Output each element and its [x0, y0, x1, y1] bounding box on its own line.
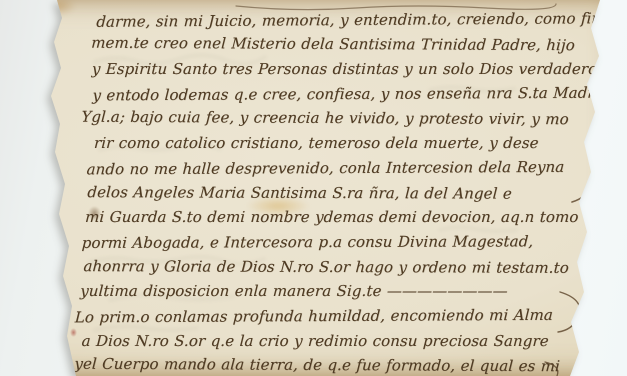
manuscript-page: to darme, sin mi Juicio, memoria, y ente… [0, 0, 627, 376]
ink-spot [26, 60, 37, 75]
corner-stain [42, 0, 76, 16]
manuscript-line: ahonrra y Gloria de Dios N.ro S.or hago … [83, 254, 589, 280]
manuscript-text: to darme, sin mi Juicio, memoria, y ente… [78, 0, 604, 376]
manuscript-line: ando no me halle desprevenido, conla Int… [86, 154, 594, 181]
manuscript-line: yel Cuerpo mando ala tierra, de q.e fue … [74, 352, 584, 376]
manuscript-line: mi Guarda S.to demi nombre ydemas demi d… [84, 205, 591, 230]
edge-stain [16, 32, 46, 96]
manuscript-line: mem.te creo enel Misterio dela Santisima… [90, 31, 600, 58]
manuscript-line: darme, sin mi Juicio, memoria, y entendi… [96, 6, 602, 34]
manuscript-line: pormi Abogada, e Intercesora p.a consu D… [81, 229, 590, 255]
edge-stain [20, 118, 40, 152]
manuscript-line: delos Angeles Maria Santisima S.ra ñra, … [87, 180, 593, 206]
manuscript-line: yultima disposicion enla manera Sig.te —… [80, 279, 588, 304]
manuscript-line: Lo prim.o conlamas profunda humildad, en… [74, 303, 586, 330]
paper-shadow-wrap: to darme, sin mi Juicio, memoria, y ente… [0, 0, 627, 376]
manuscript-line: y Espiritu Santo tres Personas distintas… [91, 57, 599, 82]
manuscript-line: rir como catolico cristiano, temeroso de… [93, 131, 595, 156]
manuscript-line: Ygl.a; bajo cuia fee, y creencia he vivi… [81, 105, 597, 132]
manuscript-line: y entodo lodemas q.e cree, confiesa, y n… [92, 80, 598, 107]
manuscript-line: a Dios N.ro S.or q.e la crio y redimio c… [81, 329, 585, 354]
document-photo: to darme, sin mi Juicio, memoria, y ente… [0, 0, 627, 376]
